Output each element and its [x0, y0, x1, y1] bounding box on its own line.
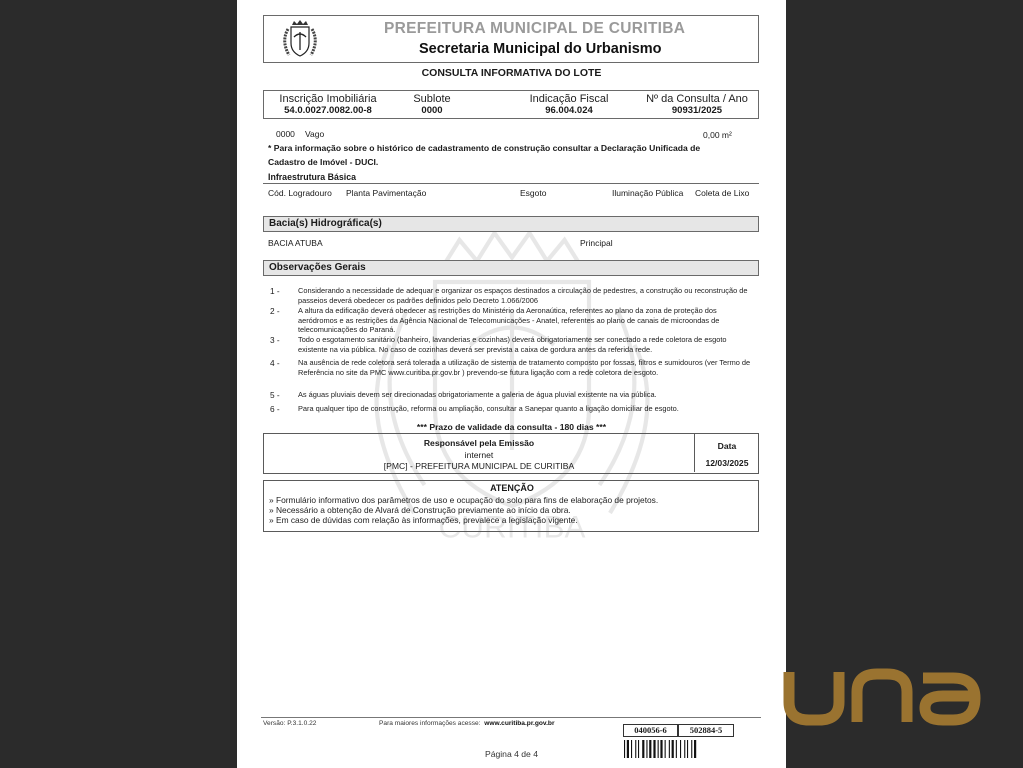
bacia-name: BACIA ATUBA [268, 238, 323, 248]
identifiers-box: Inscrição Imobiliária 54.0.0027.0082.00-… [263, 90, 759, 119]
obs-text: As águas pluviais devem ser direcionadas… [298, 390, 758, 400]
lot-code: 0000 [276, 129, 295, 139]
footer-info-prefix: Para maiores informações acesse: [379, 720, 481, 727]
atencao-box: ATENÇÃO » Formulário informativo dos par… [263, 480, 759, 532]
emissao-box: Responsável pela Emissão internet [PMC] … [263, 433, 759, 474]
infraestrutura-title: Infraestrutura Básica [268, 172, 356, 182]
obs-text: Todo o esgotamento sanitário (banheiro, … [298, 335, 758, 354]
observacoes-section-header: Observações Gerais [263, 260, 759, 276]
header-box: PREFEITURA MUNICIPAL DE CURITIBA Secreta… [263, 15, 759, 63]
curitiba-crest-icon [278, 19, 322, 59]
emissao-issuer: [PMC] - PREFEITURA MUNICIPAL DE CURITIBA [264, 461, 694, 473]
document-page: CURITIBA PREFEITURA MUNICIPAL DE CURITIB… [237, 0, 786, 768]
validity-notice: *** Prazo de validade da consulta - 180 … [237, 422, 786, 432]
document-title: CONSULTA INFORMATIVA DO LOTE [237, 67, 786, 79]
duci-note: * Para informação sobre o histórico de c… [268, 141, 738, 169]
obs-number: 5 - [270, 390, 280, 400]
obs-number: 4 - [270, 358, 280, 368]
barcode-code-2: 502884-5 [678, 724, 734, 737]
indicacao-fiscal-field: Indicação Fiscal 96.004.024 [524, 93, 614, 116]
una-logo-icon [783, 668, 983, 726]
atencao-item: » Formulário informativo dos parâmetros … [269, 495, 658, 505]
bacia-section-header: Bacia(s) Hidrográfica(s) [263, 216, 759, 232]
lot-area: 0,00 m² [703, 130, 732, 140]
footer-divider [261, 717, 761, 718]
atencao-title: ATENÇÃO [264, 483, 760, 493]
infra-col-coleta: Coleta de Lixo [695, 188, 749, 198]
infra-col-esgoto: Esgoto [520, 188, 546, 198]
obs-number: 2 - [270, 306, 280, 316]
emissao-label: Responsável pela Emissão [264, 438, 694, 450]
obs-text: Na ausência de rede coletora será tolera… [298, 358, 758, 377]
atencao-item: » Em caso de dúvidas com relação às info… [269, 515, 578, 525]
date-value: 12/03/2025 [696, 455, 758, 472]
atencao-item: » Necessário a obtenção de Alvará de Con… [269, 505, 571, 515]
emissao-channel: internet [264, 450, 694, 462]
institution-title: PREFEITURA MUNICIPAL DE CURITIBA [384, 20, 685, 38]
obs-text: Para qualquer tipo de construção, reform… [298, 404, 758, 414]
emissao-divider [694, 434, 695, 472]
infraestrutura-divider [263, 183, 759, 184]
version-label: Versão: P.3.1.0.22 [263, 720, 316, 727]
page-number: Página 4 de 4 [237, 749, 786, 759]
infra-col-pavimentacao: Planta Pavimentação [346, 188, 426, 198]
obs-text: A altura da edificação deverá obedecer a… [298, 306, 758, 335]
department-title: Secretaria Municipal do Urbanismo [419, 41, 662, 57]
infra-col-iluminacao: Iluminação Pública [612, 188, 683, 198]
date-label: Data [696, 438, 758, 455]
obs-number: 1 - [270, 286, 280, 296]
footer-info-link[interactable]: www.curitiba.pr.gov.br [484, 720, 554, 727]
sublote-field: Sublote 0000 [404, 93, 460, 116]
inscricao-field: Inscrição Imobiliária 54.0.0027.0082.00-… [278, 93, 378, 116]
obs-number: 6 - [270, 404, 280, 414]
footer-info: Para maiores informações acesse: www.cur… [379, 720, 555, 727]
barcode-code-1: 040056-6 [623, 724, 678, 737]
obs-number: 3 - [270, 335, 280, 345]
infra-col-logradouro: Cód. Logradouro [268, 188, 332, 198]
bacia-type: Principal [580, 238, 613, 248]
lot-status: Vago [305, 129, 324, 139]
obs-text: Considerando a necessidade de adequar e … [298, 286, 758, 305]
numero-consulta-field: Nº da Consulta / Ano 90931/2025 [642, 93, 752, 116]
